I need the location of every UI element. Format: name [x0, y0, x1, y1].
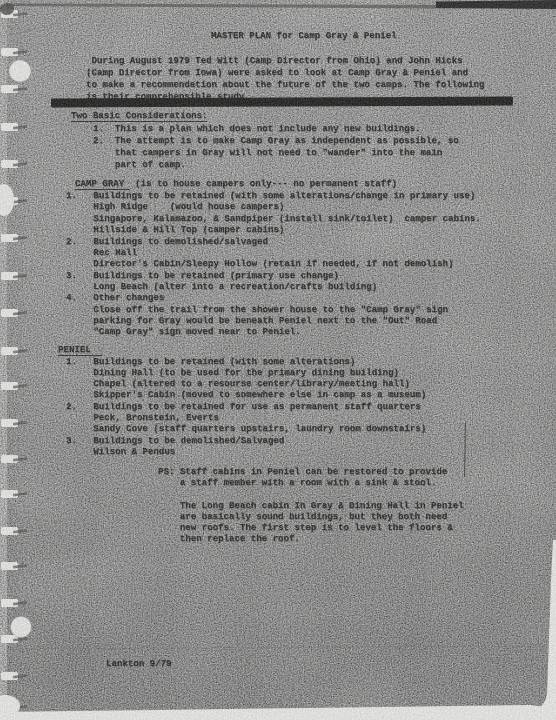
list-item: part of camp. — [93, 160, 186, 170]
list-item: Singapore, Kalamazoo, & Sandpiper (insta… — [66, 214, 481, 224]
list-item: 1. Buildings to be retained (with some a… — [66, 191, 475, 201]
list-item: 2. Buildings to demolished/salvaged — [66, 237, 268, 247]
list-item: 4. Other changes — [66, 293, 164, 303]
ps-note-line: new roofs. The first step is to level th… — [158, 523, 453, 533]
underlined-heading-text: PENIEL — [58, 344, 102, 356]
list-item: Director's Cabin/Sleepy Hollow (retain i… — [66, 259, 453, 269]
list-item: 1. Buildings to be retained (with some a… — [66, 357, 355, 367]
list-item: parking for Gray would be beneath Peniel… — [66, 316, 437, 326]
list-item: Close off the trail from the shower hous… — [66, 305, 448, 315]
list-item: Peck, Bronstein, Everts — [66, 413, 219, 423]
intro-line: is their comprehensible study. — [86, 92, 250, 102]
list-item: Chapel (altered to a resourse center/lib… — [66, 379, 410, 389]
list-item: 3. Buildings to be demolished/Salvaged — [66, 436, 284, 446]
heading-camp-gray: CAMP GRAY (is to house campers only--- n… — [75, 179, 397, 189]
intro-line: (Camp Director from Iowa) were asked to … — [86, 68, 468, 78]
ps-note-line: a staff member with a room with a sink &… — [158, 478, 436, 488]
typed-text-layer: MASTER PLAN for Camp Gray & Peniel Lankt… — [0, 0, 556, 720]
list-item: Dining Hall (to be used for the primary … — [66, 368, 399, 378]
list-item: "Camp Gray" sign moved near to Peniel. — [66, 327, 301, 337]
list-item: Hillside & Hill Top (camper cabins) — [66, 225, 284, 235]
heading-peniel: PENIEL — [58, 345, 102, 355]
underlined-heading-text: Two Basic Considerations: — [71, 110, 207, 122]
list-item: Rec Hall — [66, 248, 137, 258]
ps-note-line: are basically sound buildings, but they … — [158, 512, 447, 522]
heading-two-basic-considerations: Two Basic Considerations: — [71, 111, 207, 121]
intro-line: to make a recommendation about the futur… — [86, 80, 484, 90]
document-title: MASTER PLAN for Camp Gray & Peniel — [211, 31, 397, 41]
list-item: Sandy Cove (staff quarters upstairs, lau… — [66, 424, 426, 434]
underlined-heading-text: CAMP GRAY — [75, 178, 130, 190]
list-item: 3. Buildings to be retained (primary use… — [66, 271, 339, 281]
ps-note-line: then replace the roof. — [158, 534, 300, 544]
list-item: Wilson & Pendus — [66, 447, 175, 457]
list-item: 1. This is a plan which does not include… — [93, 124, 420, 134]
intro-line: During August 1979 Ted Witt (Camp Direct… — [86, 56, 463, 66]
scanned-document-page: MASTER PLAN for Camp Gray & Peniel Lankt… — [0, 0, 556, 720]
ps-note-line: PS: Staff cabins in Peniel can be restor… — [158, 467, 447, 477]
list-item: Skipper's Cabin (moved to somewhere else… — [66, 390, 426, 400]
list-item: Long Beach (alter into a recreation/craf… — [66, 282, 377, 292]
list-item: High Ridge (would house campers) — [66, 202, 284, 212]
list-item: that campers in Gray will not need to "w… — [93, 148, 442, 158]
list-item: 2. Buildings to be retained for use as p… — [66, 402, 421, 412]
footer-credit: Lankton 9/79 — [106, 659, 172, 669]
ps-note-line: The Long Beach cabin In Gray & Dining Ha… — [158, 501, 464, 511]
list-item: 2. The attempt is to make Camp Gray as i… — [93, 136, 459, 146]
